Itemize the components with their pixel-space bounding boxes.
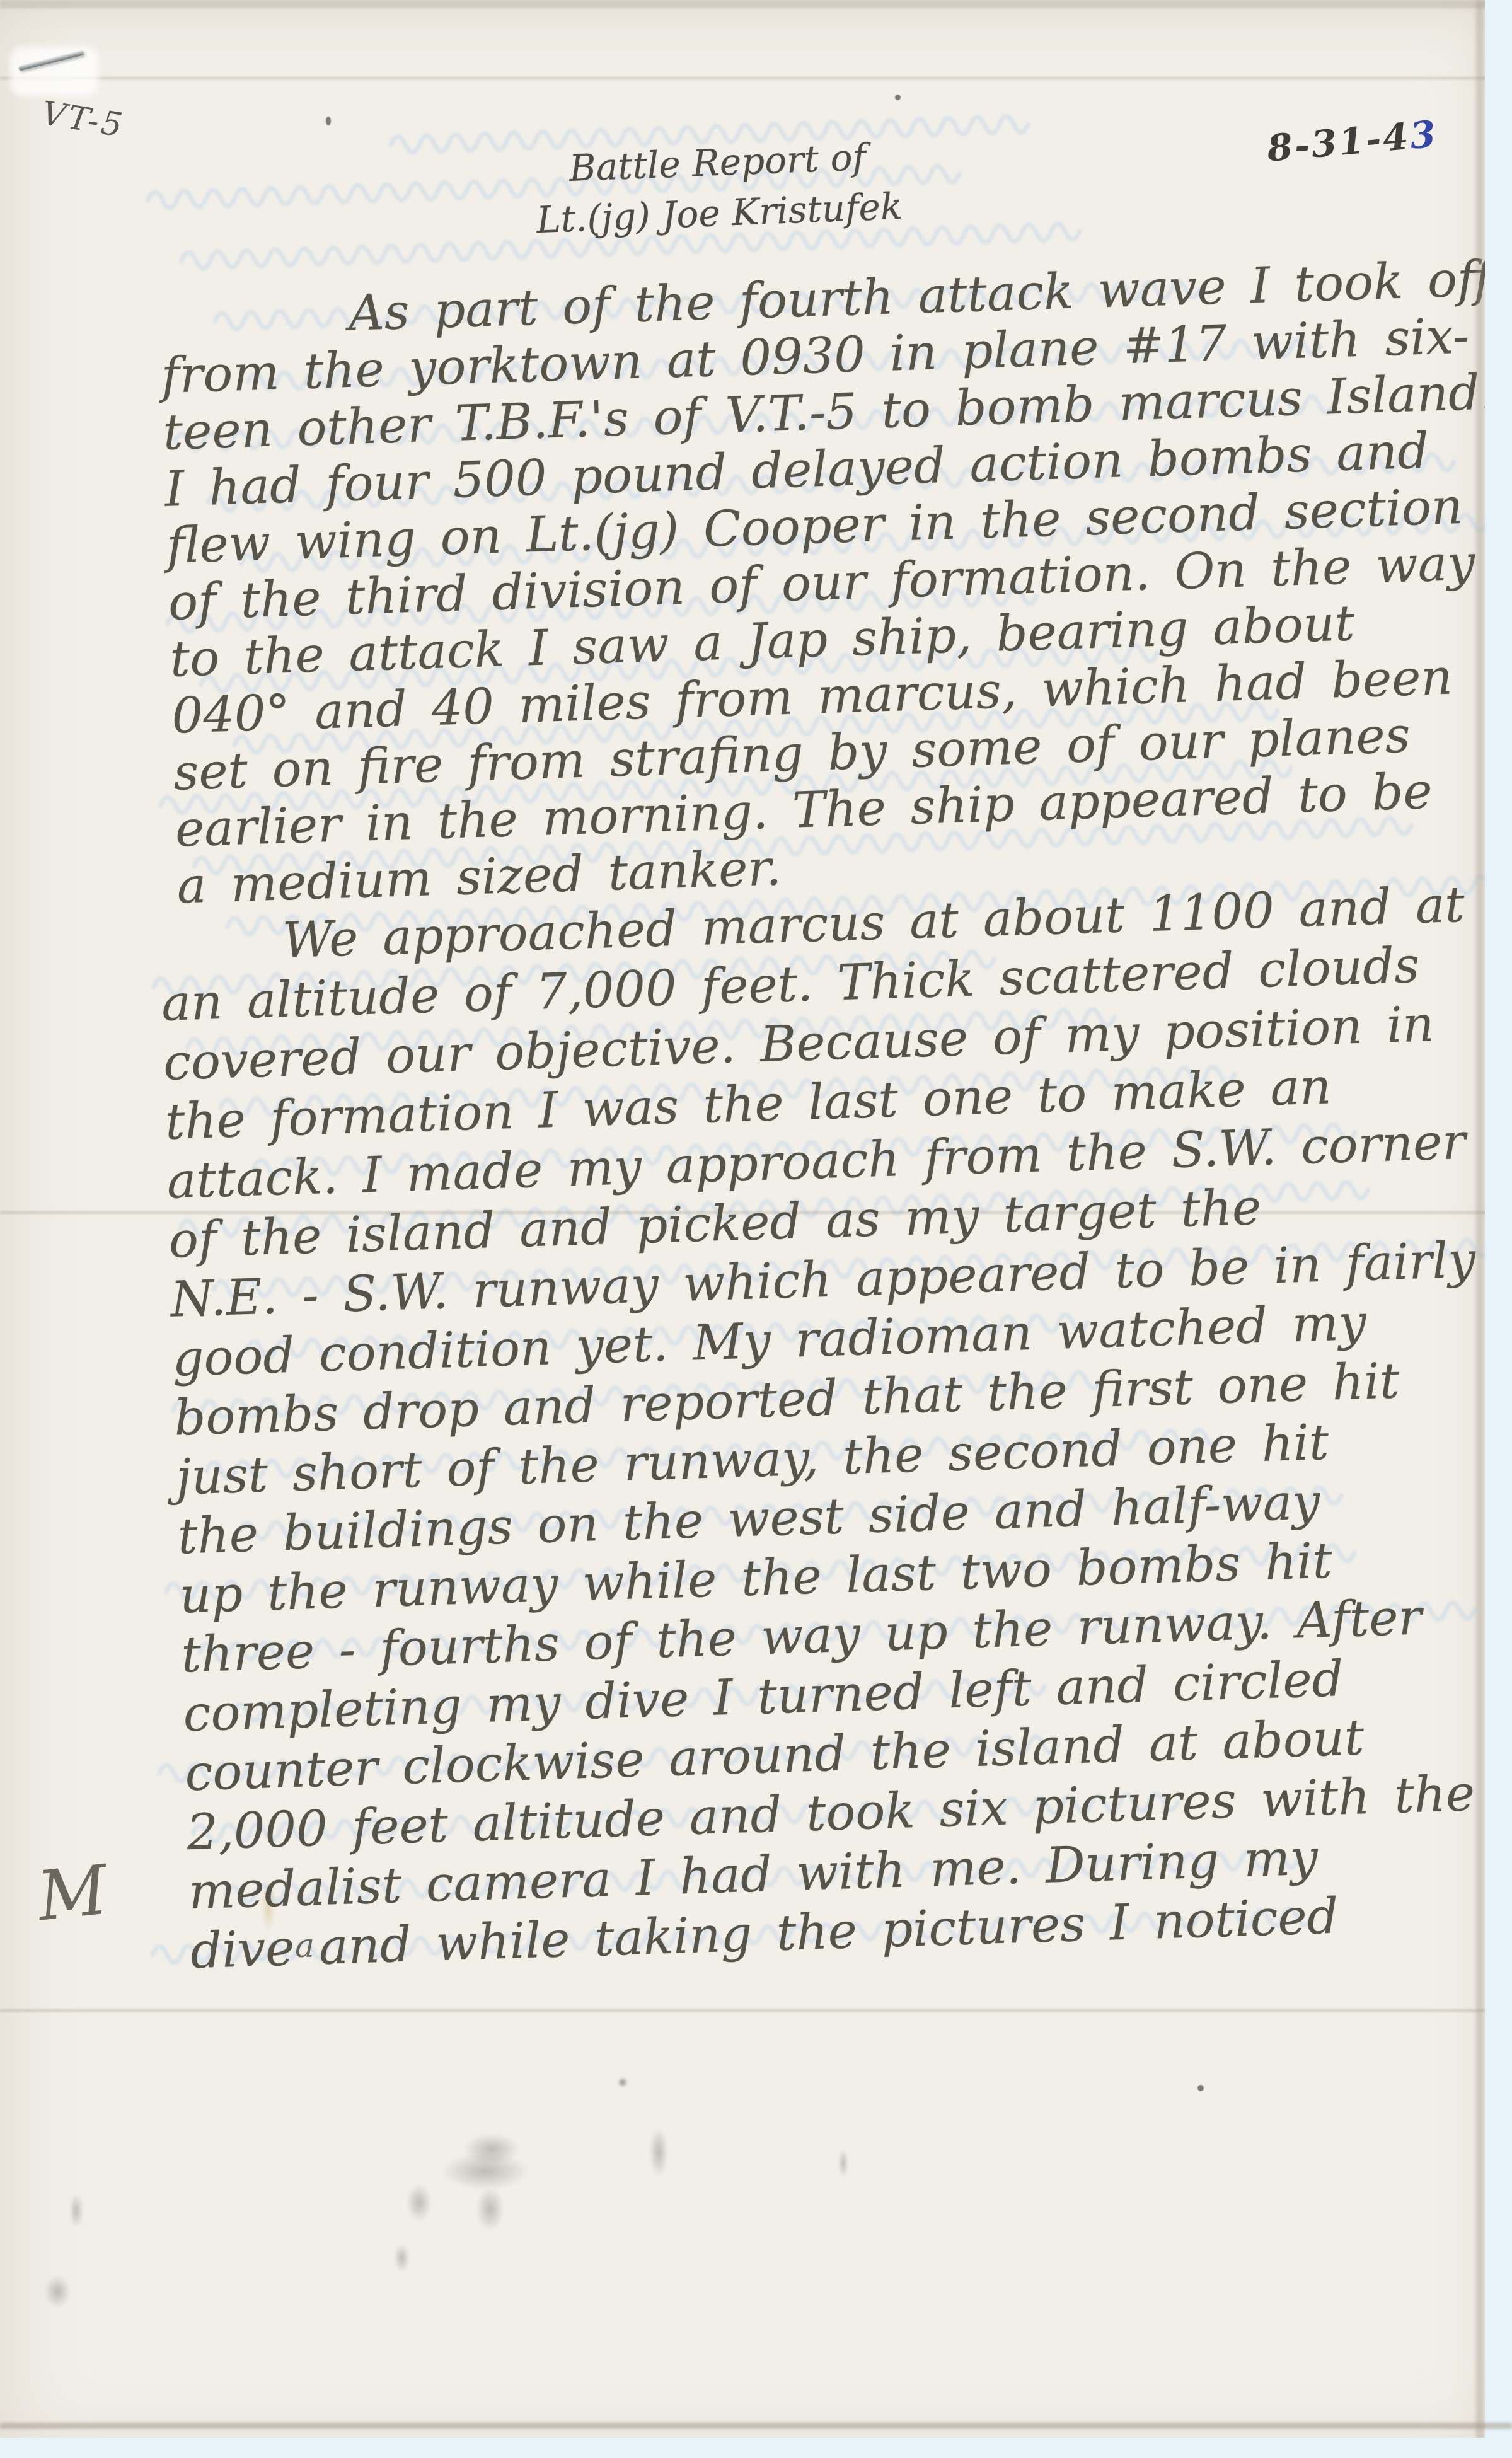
pencil-speck xyxy=(326,117,331,125)
page-bottom-edge xyxy=(0,2423,1512,2429)
inserted-letter: a xyxy=(295,1927,315,1965)
fold-crease-lower xyxy=(0,2009,1512,2012)
scanner-background-bottom xyxy=(0,2438,1512,2458)
pencil-smudge xyxy=(44,2275,71,2308)
pencil-smudge xyxy=(69,2193,83,2228)
paragraph-2: We approached marcus at about 1100 and a… xyxy=(159,875,1496,1981)
staple-dent xyxy=(10,47,98,96)
pencil-smudge xyxy=(838,2149,848,2178)
page-right-edge xyxy=(1476,0,1484,2458)
page-top-edge xyxy=(0,0,1512,8)
pencil-speck xyxy=(895,95,901,100)
scanner-background-right xyxy=(1485,0,1512,2458)
paragraph-1: As part of the fourth attack wave I took… xyxy=(159,250,1510,915)
pencil-smudge xyxy=(407,2184,432,2222)
margin-insert-mark: M xyxy=(34,1851,112,1937)
ink-spot xyxy=(618,2077,628,2087)
pencil-smudge xyxy=(476,2187,504,2231)
pencil-smudge xyxy=(441,2152,529,2190)
battle-report-page: VT-5 8-31-43 Battle Report of Lt.(jg) Jo… xyxy=(0,0,1512,2458)
report-title: Battle Report of Lt.(jg) Joe Kristufek xyxy=(502,129,935,246)
fold-crease-top xyxy=(0,77,1512,79)
pencil-smudge xyxy=(394,2244,410,2272)
report-date-blue-digit: 3 xyxy=(1408,112,1439,158)
pencil-speck xyxy=(1197,2085,1204,2091)
pencil-smudge xyxy=(649,2127,668,2178)
